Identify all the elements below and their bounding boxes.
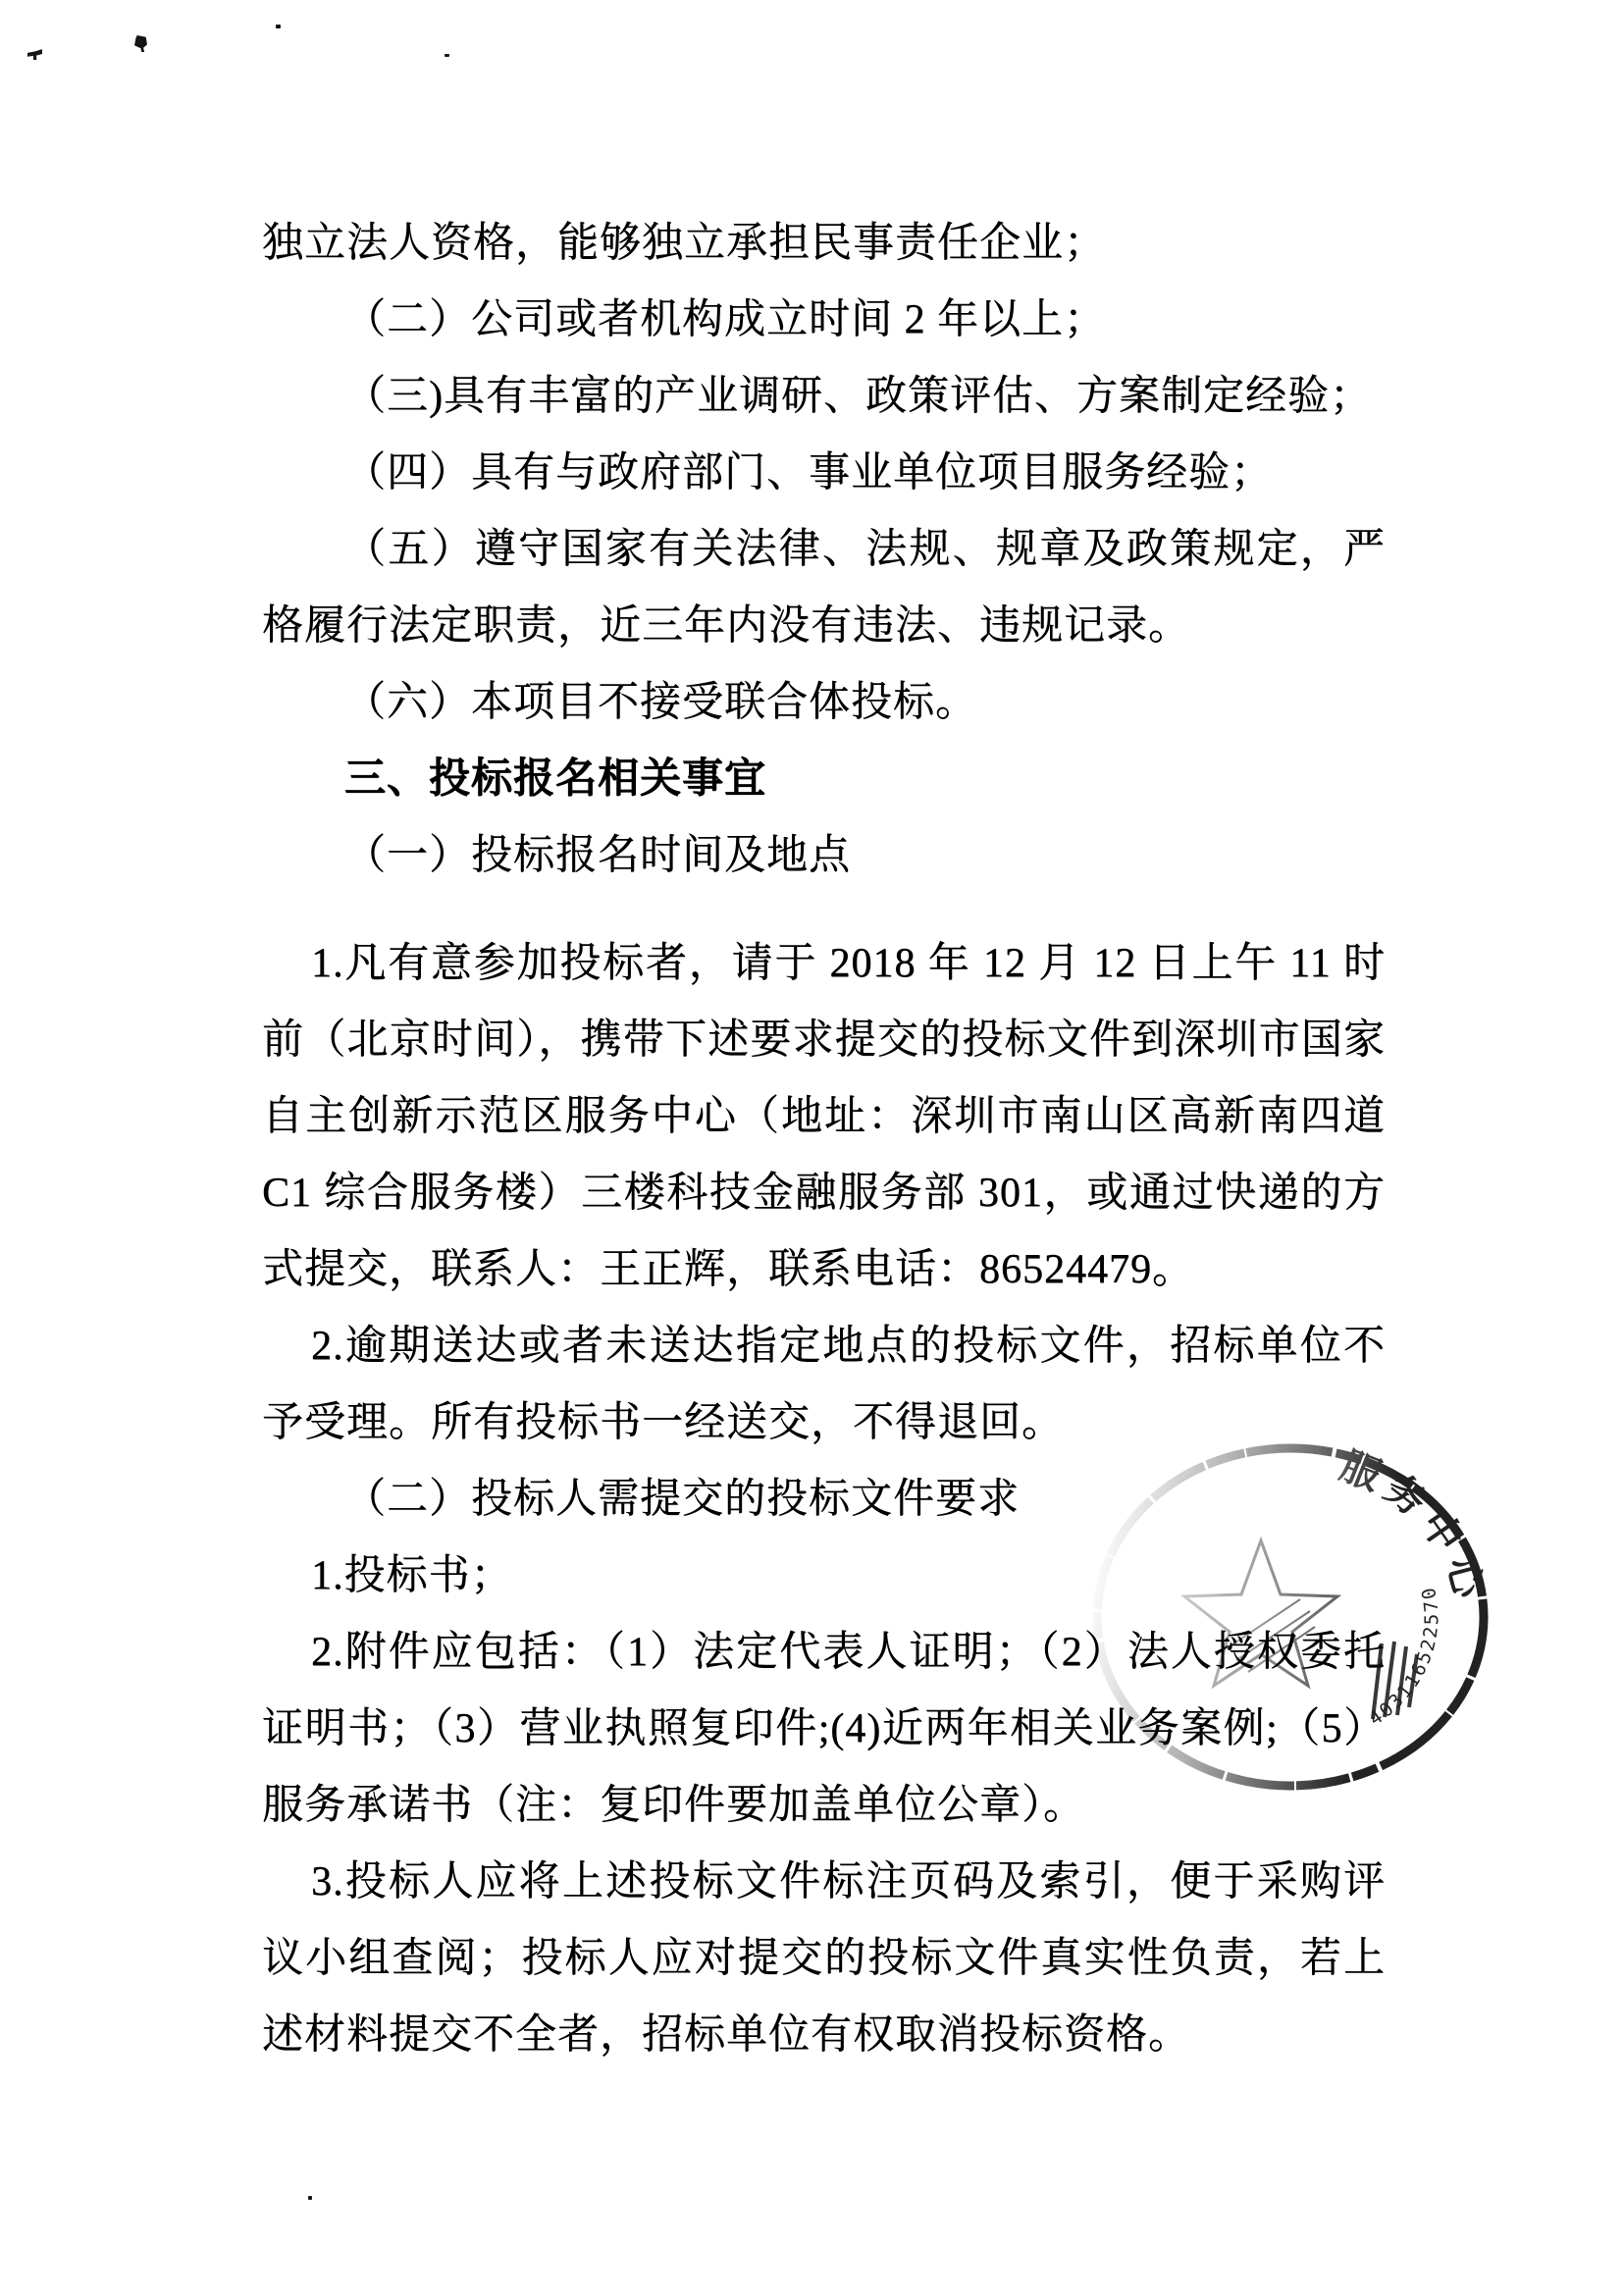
paragraph: 3.投标人应将上述投标文件标注页码及索引，便于采购评议小组查阅；投标人应对提交的… <box>262 1844 1386 2073</box>
paragraph: （六）本项目不接受联合体投标。 <box>262 664 1386 741</box>
paragraph: 1.凡有意参加投标者，请于 2018 年 12 月 12 日上午 11 时前（北… <box>262 925 1386 1308</box>
seal-arc-text: 服务中心 <box>1335 1443 1492 1609</box>
seal-star-icon <box>1184 1540 1337 1686</box>
paragraph: （三)具有丰富的产业调研、政策评估、方案制定经验； <box>262 358 1386 435</box>
scan-speck <box>308 2196 312 2200</box>
paragraph: （四）具有与政府部门、事业单位项目服务经验； <box>262 435 1386 511</box>
paragraph: （二）公司或者机构成立时间 2 年以上； <box>262 282 1386 358</box>
scan-speck <box>445 54 449 57</box>
paragraph: （一）投标报名时间及地点 <box>262 817 1386 894</box>
paragraph: 三、投标报名相关事宜 <box>262 741 1386 817</box>
scan-speck <box>276 25 281 28</box>
scan-speck <box>27 49 42 60</box>
scan-speck <box>134 35 147 52</box>
service-center-stamp: 服务中心 4031165225704 <box>1070 1403 1619 1825</box>
paragraph: 独立法人资格，能够独立承担民事责任企业； <box>262 205 1386 282</box>
document-page: 独立法人资格，能够独立承担民事责任企业；（二）公司或者机构成立时间 2 年以上；… <box>0 0 1623 2296</box>
paragraph: （五）遵守国家有关法律、法规、规章及政策规定，严格履行法定职责，近三年内没有违法… <box>262 511 1386 664</box>
